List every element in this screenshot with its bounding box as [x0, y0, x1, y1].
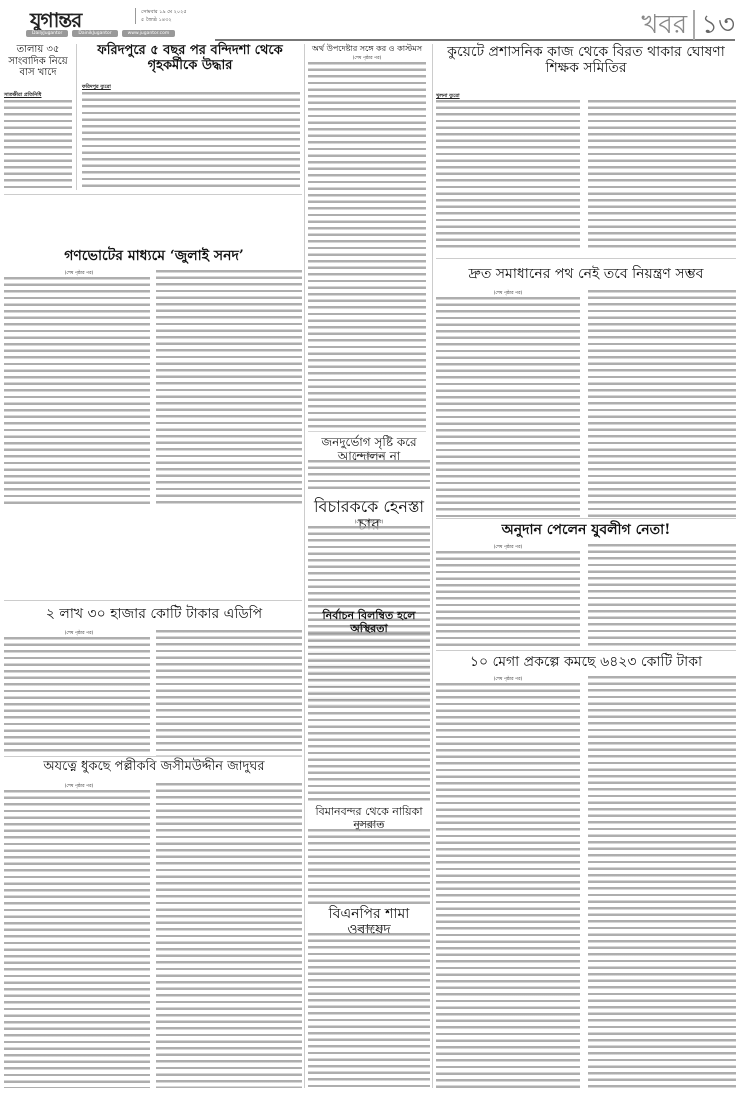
- headline-jasimuddin-museum[interactable]: অযত্নে ধুকছে পল্লীকবি জসীমউদ্দীন জাদুঘর: [4, 760, 304, 775]
- row-divider: [4, 756, 302, 757]
- continued-label: (শেষ পৃষ্ঠার পর): [308, 626, 430, 633]
- social-links: DailyJugantor DainikJugantor www.juganto…: [26, 30, 175, 37]
- article-body: [436, 297, 580, 517]
- headline-finance-adviser[interactable]: অর্থ উপদেষ্টার সঙ্গে কর ও কাস্টমস: [308, 44, 426, 53]
- row-divider: [436, 258, 736, 259]
- continued-label: (শেষ পৃষ্ঠার পর): [308, 519, 430, 526]
- facebook-link[interactable]: DainikJugantor: [72, 30, 117, 37]
- byline: ফরিদপুর ব্যুরো: [82, 84, 111, 92]
- article-body: [436, 683, 580, 1088]
- article-body: [308, 829, 430, 904]
- article-body: [308, 62, 426, 432]
- headline-july-charter[interactable]: গণভোটের মাধ্যমে ‘জুলাই সনদ’: [4, 248, 304, 264]
- column-divider: [76, 44, 77, 190]
- date-bangla: ৫ জ্যৈষ্ঠ ১৪৩২: [141, 16, 187, 24]
- headline-adp[interactable]: ২ লাখ ৩০ হাজার কোটি টাকার এডিপি: [4, 606, 304, 622]
- row-divider: [4, 600, 302, 601]
- article-body: [4, 277, 150, 507]
- article-body: [588, 100, 736, 252]
- article-body: [308, 633, 430, 803]
- page-number: ১৩: [693, 10, 735, 40]
- twitter-link[interactable]: DailyJugantor: [26, 30, 68, 37]
- row-divider: [436, 518, 736, 519]
- continued-label: (শেষ পৃষ্ঠার পর): [308, 926, 430, 933]
- section-name: খবর: [641, 10, 687, 40]
- continued-label: (শেষ পৃষ্ঠার পর): [4, 630, 154, 637]
- headline-bus-accident[interactable]: তালায় ৩৫ সাংবাদিক নিয়ে বাস খাদে: [4, 44, 72, 79]
- headline-kuet[interactable]: কুয়েটে প্রশাসনিক কাজ থেকে বিরত থাকার ঘো…: [436, 44, 736, 76]
- date-gregorian: সোমবার ১৯ মে ২০২৫: [141, 8, 187, 16]
- section-label: খবর১৩: [641, 4, 735, 48]
- website-link[interactable]: www.jugantor.com: [122, 30, 176, 37]
- continued-label: (শেষ পৃষ্ঠার পর): [4, 270, 154, 277]
- article-body: [82, 92, 300, 188]
- continued-label: (শেষ পৃষ্ঠার পর): [436, 676, 580, 683]
- article-body: [4, 637, 150, 757]
- article-body: [436, 551, 580, 646]
- article-body: [588, 544, 736, 646]
- continued-label: (শেষ পৃষ্ঠার পর): [308, 822, 430, 829]
- headline-faridpur[interactable]: ফরিদপুরে ৫ বছর পর বন্দিদশা থেকে গৃহকর্মী…: [80, 44, 300, 74]
- article-body: [156, 630, 302, 757]
- continued-label: (শেষ পৃষ্ঠার পর): [436, 290, 580, 297]
- article-body: [4, 790, 150, 1088]
- headline-grant-jubo-league[interactable]: অনুদান পেলেন যুবলীগ নেতা!: [436, 522, 736, 538]
- article-body: [4, 100, 72, 188]
- dateline: সোমবার ১৯ মে ২০২৫ ৫ জ্যৈষ্ঠ ১৪৩২: [135, 8, 187, 24]
- continued-label: (শেষ পৃষ্ঠার পর): [4, 783, 154, 790]
- article-body: [588, 290, 736, 517]
- column-divider: [432, 44, 433, 1088]
- column-divider: [304, 44, 305, 1088]
- article-body: [308, 460, 430, 490]
- byline: সাতক্ষীরা প্রতিনিধি: [4, 92, 42, 100]
- article-body: [308, 933, 430, 1088]
- article-body: [436, 100, 580, 252]
- continued-label: (শেষ পৃষ্ঠার পর): [308, 55, 426, 62]
- continued-label: (শেষ পৃষ্ঠার পর): [308, 453, 430, 460]
- row-divider: [4, 194, 302, 195]
- headline-no-quick-solution[interactable]: দ্রুত সমাধানের পথ নেই তবে নিয়ন্ত্রণ সম্…: [436, 266, 736, 282]
- row-divider: [436, 650, 736, 651]
- article-body: [156, 783, 302, 1088]
- headline-mega-projects[interactable]: ১০ মেগা প্রকল্পে কমছে ৬৪২৩ কোটি টাকা: [436, 654, 736, 670]
- article-body: [588, 676, 736, 1088]
- article-body: [156, 270, 302, 507]
- continued-label: (শেষ পৃষ্ঠার পর): [436, 544, 580, 551]
